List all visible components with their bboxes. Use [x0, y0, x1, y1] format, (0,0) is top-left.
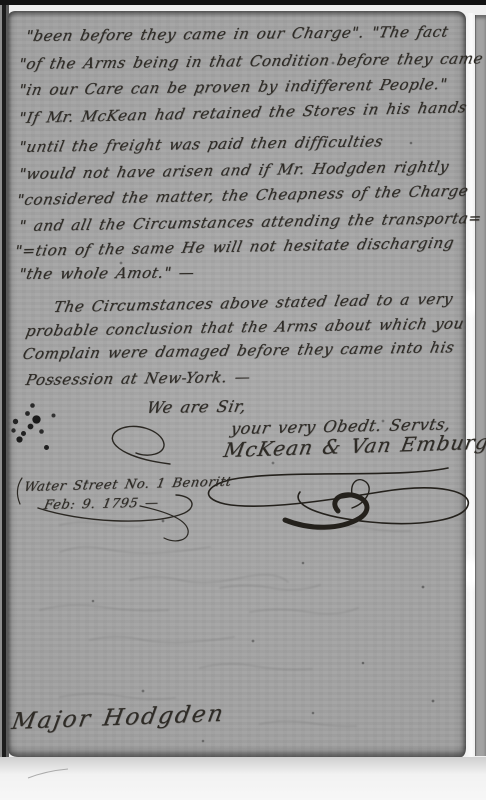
- docket-line: Major Hodgden: [10, 704, 226, 732]
- closing-salutation: We are Sir,: [145, 397, 248, 418]
- manuscript-line: "of the Arms being in that Condition bef…: [17, 48, 485, 74]
- manuscript-line: Possession at New-York. —: [24, 367, 252, 390]
- scan-top-border: [0, 0, 486, 5]
- manuscript-line: " and all the Circumstances attending th…: [17, 208, 484, 236]
- manuscript-line: probable conclusion that the Arms about …: [24, 313, 466, 341]
- manuscript-line: "in our Care can be proven by indifferen…: [17, 74, 449, 100]
- manuscript-line: "the whole Amot." —: [17, 262, 197, 284]
- manuscript-line: "until the freight was paid then difficu…: [17, 131, 385, 157]
- manuscript-line: Complain were damaged before they came i…: [21, 337, 456, 364]
- manuscript-line: "would not have arisen and if Mr. Hodgde…: [17, 157, 451, 184]
- document-scan: "been before they came in our Charge". "…: [0, 0, 486, 800]
- date-line: Feb: 9. 1795 —: [42, 494, 160, 516]
- manuscript-line: The Circumstances above stated lead to a…: [52, 289, 455, 317]
- manuscript-line: "If Mr. McKean had retained the Stores i…: [17, 97, 469, 128]
- manuscript-line: "been before they came in our Charge". "…: [24, 22, 451, 46]
- manuscript-line: "=tion of the same He will not hesitate …: [13, 233, 456, 261]
- handwriting-layer: "been before they came in our Charge". "…: [0, 0, 486, 800]
- manuscript-line: "considered the matter, the Cheapness of…: [15, 181, 470, 210]
